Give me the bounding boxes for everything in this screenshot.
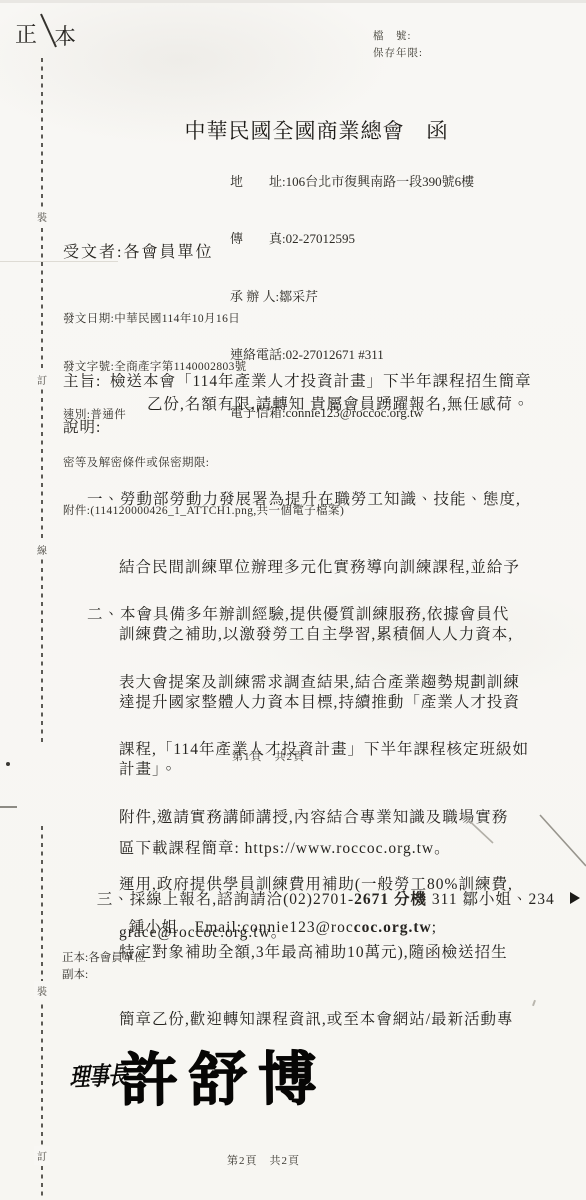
recipient-line: 受文者:各會員單位 [63,239,213,262]
binding-mark-xian-page1: 線 [34,540,50,559]
item-2-line: 二、本會具備多年辦訓經驗,提供優質訓練服務,依據會員代 [87,604,562,627]
binding-mark-zhuang-page2: 裝 [34,981,50,1000]
scan-speck [6,762,10,766]
retention-period-label: 保存年限: [373,45,423,62]
item-2-line: 簡章乙份,歡迎轉知課程資訊,或至本會網站/最新活動專 [87,1009,562,1032]
binding-mark-zhuang-page1: 裝 [34,207,50,226]
binding-mark-ding-page2: 訂 [34,1146,50,1165]
copy-type-stamp-char1: 正 [15,18,39,49]
signature-chairman-name: 許舒博 [119,1031,327,1117]
page-2-footer: 第2頁 共2頁 [227,1152,300,1168]
item-1-number: 一、 [87,491,120,508]
file-number-label: 檔 號: [373,28,411,45]
item-1-line: 一、勞動部勞動力發展署為提升在職勞工知識、技能、態度, [87,489,562,512]
binding-mark-ding-page1: 訂 [34,370,50,389]
binding-dashed-line-page1 [41,58,43,742]
scan-edge-dash [0,806,17,808]
item-3-text-bold: coc.org.tw [354,919,432,936]
contact-address-line: 地 址:106台北市復興南路一段390號6樓 [230,172,474,191]
item-3-text: 311 鄒小姐、234 [427,891,555,908]
copy-type-stamp-char2: 本 [54,20,78,51]
page-1-footer: 第1頁 共2頁 [232,748,305,764]
binding-dashed-line-page2 [41,826,43,1196]
item-1-text: 勞動部勞動力發展署為提升在職勞工知識、技能、態度, [120,491,521,508]
distribution-original-line: 正本:各會員單位 [62,950,146,967]
item-2-line: 特定對象補助全額,3年最高補助10萬元),隨函檢送招生 [87,942,562,965]
subject-line-1: 檢送本會「114年產業人才投資計畫」下半年課程招生簡章 [110,371,532,394]
item-2-line: 表大會提案及訓練需求調查結果,結合產業趨勢規劃訓練 [87,672,562,695]
item-3-line-3: grace@roccoc.org.tw。 [119,922,287,945]
item-2-continuation-line: 區下載課程簡章: https://www.roccoc.org.tw。 [119,838,451,861]
explanation-label: 說明: [63,417,101,440]
scan-top-edge [0,0,586,3]
subject-line-2: 乙份,名額有限,請轉知 貴屬會員踴躍報名,無任感荷。 [147,394,530,417]
issue-date-line: 發文日期:中華民國114年10月16日 [63,311,344,327]
subject-label: 主旨: [63,371,101,394]
distribution-copy-line: 副本: [62,967,88,984]
item-2-line: 附件,邀請實務講師講授,內容結合專業知識及職場實務 [87,807,562,830]
item-2-line: 課程,「114年產業人才投資計畫」下半年課程核定班級如 [87,739,562,762]
item-2-text: 本會具備多年辦訓經驗,提供優質訓練服務,依據會員代 [120,606,509,623]
explanation-item-2: 二、本會具備多年辦訓經驗,提供優質訓練服務,依據會員代 表大會提案及訓練需求調查… [87,559,562,1054]
paper-crease-line [0,261,118,262]
contact-fax-line: 傳 真:02-27012595 [230,229,474,248]
item-3-text: ; [432,919,437,936]
item-2-number: 二、 [87,606,120,623]
